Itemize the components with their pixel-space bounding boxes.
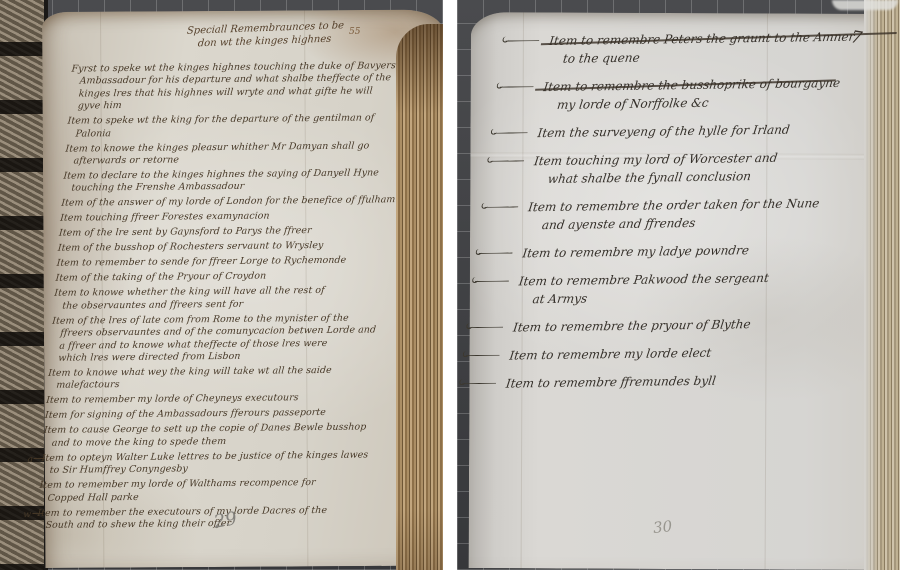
folio-number: 55 bbox=[349, 27, 360, 37]
right-photo: 7 Item to remembre Peters the graunt to … bbox=[457, 0, 900, 570]
manuscript-line: gyve him bbox=[77, 97, 407, 113]
memo-item: Item to remembre the busshoprike of bour… bbox=[540, 73, 875, 114]
hand-blur-artifact bbox=[832, 0, 898, 10]
left-photo: Speciall Remembraunces to be don wt the … bbox=[0, 0, 443, 570]
memo-item: Item to remembre my lorde elect bbox=[508, 342, 840, 365]
margin-mark: a bbox=[27, 454, 45, 467]
memo-line: Item the surveyeng of the hylle for Irla… bbox=[537, 120, 869, 143]
manuscript-line: and to move the king to spede them bbox=[51, 434, 381, 450]
manuscript-line: the observauntes and ffreers sent for bbox=[62, 297, 392, 313]
manuscript-line: Item for signing of the Ambassadours ffe… bbox=[44, 407, 383, 423]
manuscript-line: Item to remember to sende for ffreer Lor… bbox=[56, 255, 395, 271]
manuscript-line: Item of the answer of my lorde of London… bbox=[61, 195, 400, 211]
pencil-page-number: 29 bbox=[212, 508, 238, 533]
memo-line: what shalbe the fynall conclusion bbox=[547, 166, 863, 188]
memo-item: Item to remembre the order taken for the… bbox=[525, 194, 860, 235]
manuscript-line: afterwards or retorne bbox=[73, 152, 403, 168]
memo-item: Item to remembre Pakwood the sergeant at… bbox=[515, 268, 850, 309]
memo-line: at Armys bbox=[531, 286, 847, 308]
memo-item: Item to remembre ffremundes byll bbox=[505, 370, 837, 393]
memo-line: to the quene bbox=[562, 45, 878, 67]
manuscript-photo-composite: Speciall Remembraunces to be don wt the … bbox=[0, 0, 900, 570]
manuscript-line: Item of the lre sent by Gaynsford to Par… bbox=[58, 225, 397, 241]
memo-line: and ayenste and ffrendes bbox=[541, 212, 857, 234]
manuscript-line: to Sir Humffrey Conyngesby bbox=[49, 462, 379, 478]
memo-item: Item to remembre the pryour of Blythe bbox=[512, 314, 844, 337]
manuscript-line: Copped Hall parke bbox=[47, 489, 377, 505]
margin-mark: w bbox=[23, 509, 44, 522]
memo-line: Item to remembre the pryour of Blythe bbox=[512, 314, 844, 337]
manuscript-line: which lres were directed from Lisbon bbox=[58, 349, 388, 365]
memo-line: Item to remembre my ladye powndre bbox=[521, 240, 853, 263]
left-page-text-block: Fyrst to speke wt the kinges highnes tou… bbox=[36, 60, 410, 532]
memo-line: Item to remembre ffremundes byll bbox=[505, 370, 837, 393]
memo-line: Item to remembre my lorde elect bbox=[508, 342, 840, 365]
pencil-page-number: 30 bbox=[652, 517, 673, 537]
manuscript-line: Item touching ffreer Forestes examynacio… bbox=[60, 210, 399, 226]
manuscript-line: Item to remember my lorde of Cheyneys ex… bbox=[46, 392, 385, 408]
right-page-text-block: Item to remembre Peters the graunt to th… bbox=[504, 27, 881, 402]
manuscript-line: Item of the busshop of Rochesters servau… bbox=[57, 240, 396, 256]
memo-item: Item to remembre my ladye powndre bbox=[521, 240, 853, 263]
memo-line: my lorde of Norffolke &c bbox=[556, 91, 872, 113]
manuscript-line: Palonia bbox=[75, 125, 405, 141]
memo-item: Item the surveyeng of the hylle for Irla… bbox=[537, 120, 869, 143]
memo-item: Item touching my lord of Worcester and w… bbox=[531, 148, 866, 189]
manuscript-line: touching the Frenshe Ambassadour bbox=[71, 180, 401, 196]
memo-item: Item to remembre Peters the graunt to th… bbox=[546, 27, 881, 68]
manuscript-line: Item of the taking of the Pryour of Croy… bbox=[55, 270, 394, 286]
manuscript-line: malefactours bbox=[56, 377, 386, 393]
